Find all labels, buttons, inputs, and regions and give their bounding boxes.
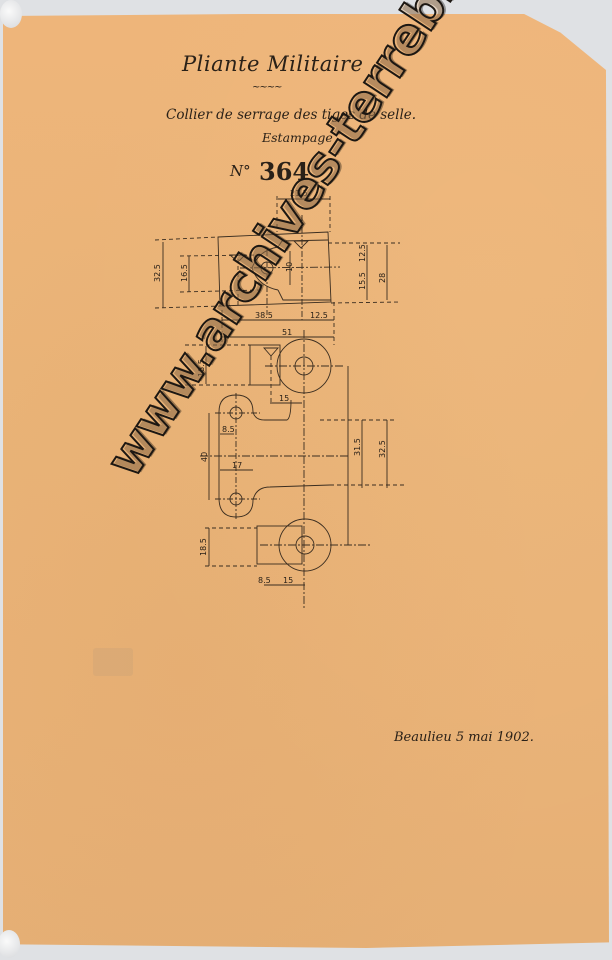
svg-text:12.5: 12.5 [358,244,367,262]
svg-text:8.5: 8.5 [222,425,235,434]
svg-text:32.5: 32.5 [153,264,162,282]
svg-text:15.5: 15.5 [358,272,367,290]
svg-text:17: 17 [232,461,242,470]
svg-text:15: 15 [279,394,289,403]
svg-text:32.5: 32.5 [378,440,387,458]
svg-text:28: 28 [378,273,387,283]
svg-text:16.5: 16.5 [180,264,189,282]
signature-date: Beaulieu 5 mai 1902. [394,730,534,745]
svg-text:31.5: 31.5 [353,438,362,456]
svg-text:12.5: 12.5 [310,311,328,320]
svg-text:8.5: 8.5 [258,576,271,585]
svg-text:40: 40 [200,452,209,462]
svg-text:51: 51 [282,328,292,337]
svg-text:18.5: 18.5 [199,538,208,556]
svg-text:15: 15 [283,576,293,585]
